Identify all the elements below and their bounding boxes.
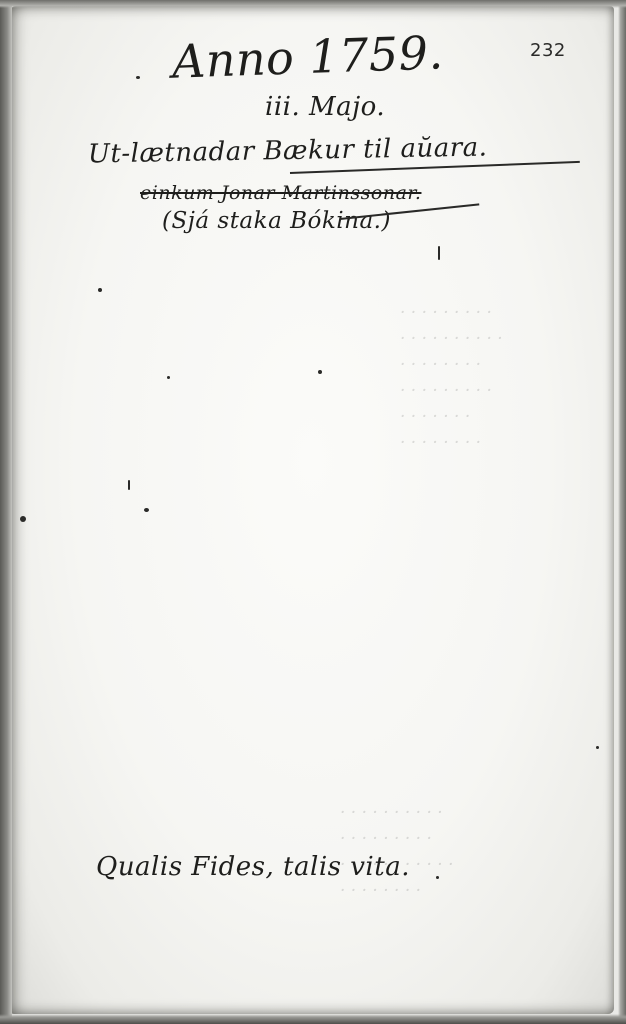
- bleed-line: · · · · · · · ·: [400, 352, 503, 378]
- page-edge-left: [0, 0, 12, 1024]
- page-edge-bottom: [0, 1014, 626, 1024]
- scan-background: · · · · · · · · · · · · · · · · · · · · …: [0, 0, 626, 1024]
- bleed-line: · · · · · · · ·: [400, 430, 503, 456]
- bleed-line: · · · · · · · · ·: [340, 826, 453, 852]
- ink-speck: [167, 376, 170, 379]
- ink-speck: [136, 76, 140, 79]
- ink-speck: [20, 516, 26, 522]
- page-edge-right: [618, 0, 626, 1024]
- ink-speck: [438, 246, 440, 260]
- heading-year: Anno 1759.: [171, 25, 444, 88]
- bleed-through-upper: · · · · · · · · · · · · · · · · · · · · …: [400, 300, 503, 456]
- bleed-line: · · · · · · · · ·: [400, 378, 503, 404]
- ink-speck: [128, 480, 130, 490]
- bleed-line: · · · · · · · · · ·: [340, 800, 453, 826]
- ink-speck: [318, 370, 322, 374]
- bleed-line: · · · · · · ·: [400, 404, 503, 430]
- struck-through-line: einkum Jonar Martinssonar.: [140, 182, 421, 204]
- ink-speck: [98, 288, 102, 292]
- bleed-line: · · · · · · · · ·: [400, 300, 503, 326]
- heading-month: iii. Majo.: [265, 92, 385, 122]
- bracketed-note: (Sjá staka Bókina.): [162, 208, 391, 234]
- motto: Qualis Fides, talis vita.: [96, 852, 410, 882]
- ink-speck: [436, 876, 439, 879]
- page-number: 232: [530, 40, 566, 61]
- ink-speck: [144, 508, 149, 512]
- page-edge-top: [0, 0, 626, 8]
- bleed-line: · · · · · · · · · ·: [400, 326, 503, 352]
- ink-speck: [596, 746, 599, 749]
